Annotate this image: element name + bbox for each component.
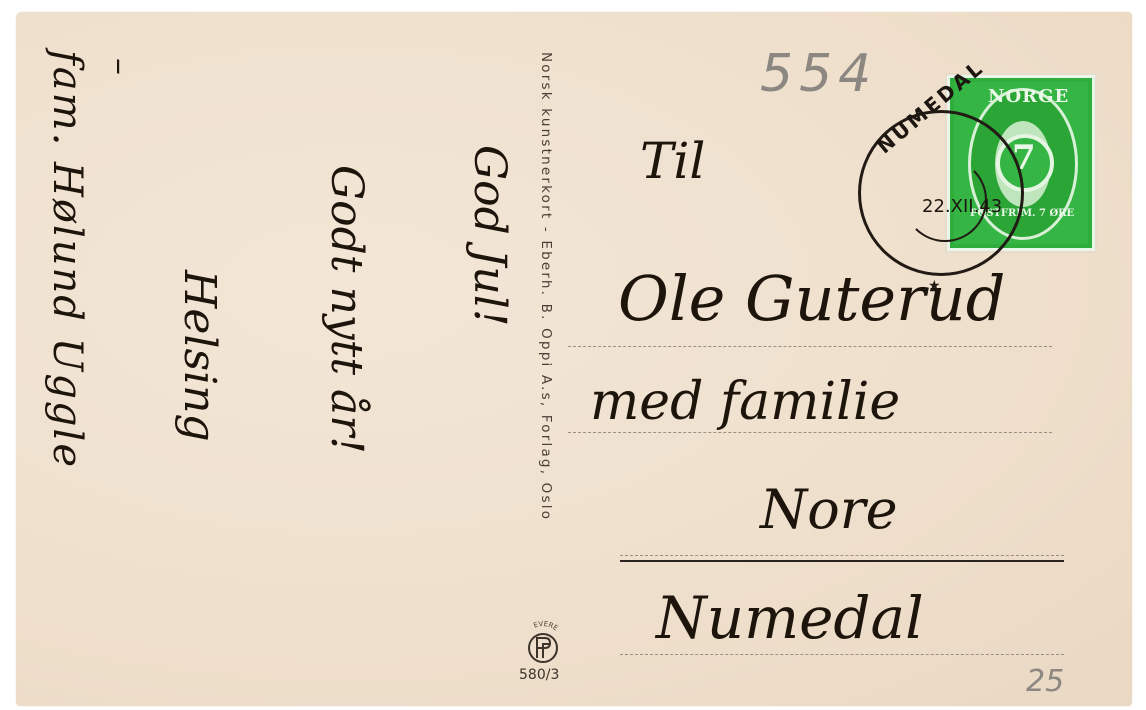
series-number: 580/3 xyxy=(519,667,559,683)
address-rule-solid xyxy=(620,560,1064,562)
message-line-godt-nytt-ar: Godt nytt år! xyxy=(321,165,372,454)
pencil-note-top: 554 xyxy=(760,44,877,104)
publisher-logo-icon: EVERETT xyxy=(523,620,563,666)
message-dash: – xyxy=(100,58,140,75)
address-farm: Nore xyxy=(760,478,898,541)
stamp-country: NORGE xyxy=(988,86,1069,107)
address-rule-2 xyxy=(568,432,1052,433)
address-rule-4 xyxy=(620,654,1064,655)
pencil-note-bottom: 25 xyxy=(1026,664,1064,699)
address-rule-3 xyxy=(620,555,1064,556)
publisher-imprint: Norsk kunstnerkort - Eberh. B. Oppi A.s,… xyxy=(538,52,554,521)
postmark-date: 22.XII.43 xyxy=(922,196,1002,217)
postmark-star-icon: ★ xyxy=(928,278,941,294)
message-signature: fam. Hølund Uggle xyxy=(44,50,90,469)
svg-text:EVERETT: EVERETT xyxy=(523,620,559,632)
message-line-god-jul: God Jul! xyxy=(464,145,515,327)
address-rule-1 xyxy=(568,346,1052,347)
address-district: Numedal xyxy=(656,584,924,652)
address-family: med familie xyxy=(590,372,900,432)
address-til: Til xyxy=(640,132,705,190)
message-line-helsing: Helsing xyxy=(174,270,225,442)
